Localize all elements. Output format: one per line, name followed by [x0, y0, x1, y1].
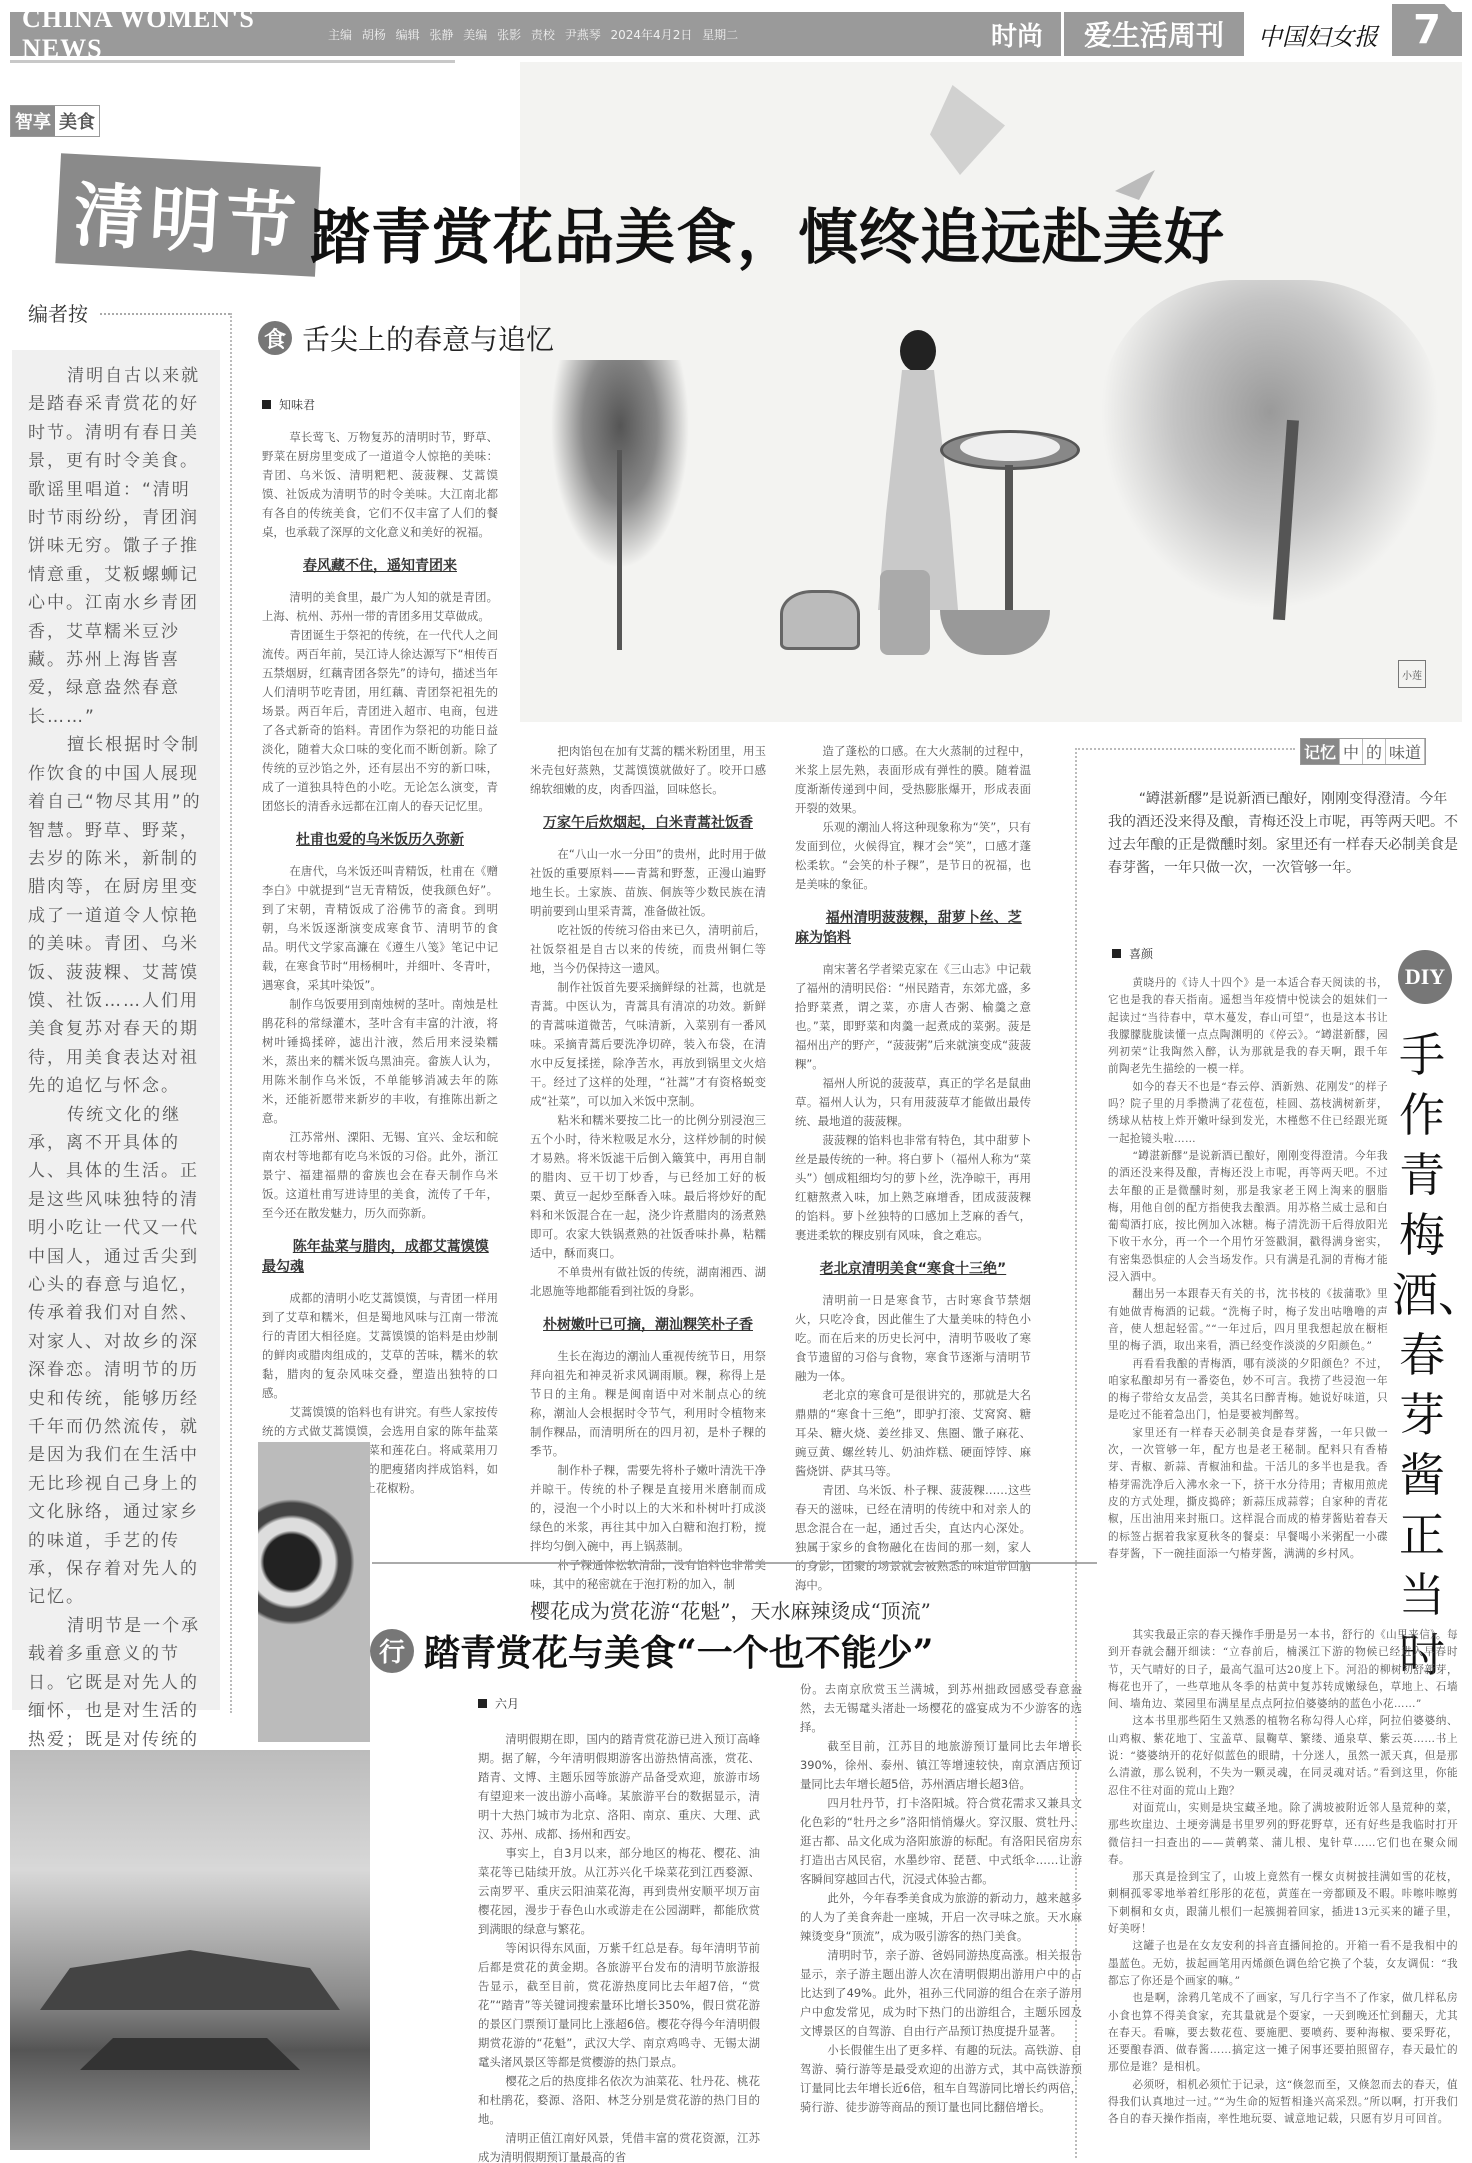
article-paragraph: 清明的美食里，最广为人知的就是青团。上海、杭州、苏州一带的青团多用艾草做成。 [262, 588, 498, 626]
article-paragraph: 草长莺飞、万物复苏的清明时节，野草、野菜在厨房里变成了一道道令人惊艳的美味：青团… [262, 428, 498, 542]
article-paragraph: 如今的春天不也是“春云停、酒新熟、花刚发”的样子吗？院子里的月季攒满了花苞苞，桂… [1108, 1079, 1388, 1148]
weekly-name: 爱生活周刊 [1061, 12, 1244, 56]
article-paragraph: 粘米和糯米要按二比一的比例分别浸泡三五个小时，待米粒吸足水分，这样炒制的时候才易… [530, 1111, 766, 1263]
article-paragraph: 这本书里那些陌生又熟悉的植物名称勾得人心痒，阿拉伯婆婆纳、山鸡椒、紫花地丁、宝盖… [1108, 1713, 1458, 1799]
willow-tree-illustration [1100, 280, 1440, 610]
dotted-divider-vertical [1075, 748, 1077, 2158]
pull-quote: “罇湛新醪”是说新酒已酿好，刚刚变得澄清。今年我的酒还没来得及酿，青梅还没上市呢… [1108, 788, 1458, 880]
article-paragraph: 小长假催生出了更多样、有趣的玩法。高铁游、自驾游、骑行游等是最受欢迎的出游方式，… [800, 2041, 1082, 2117]
article-paragraph: 不单贵州有做社饭的传统，湖南湘西、湖北恩施等地都能看到社饭的身影。 [530, 1263, 766, 1301]
article-paragraph: 黄晓丹的《诗人十四个》是一本适合春天阅读的书，它也是我的春天指南。遥想当年疫情中… [1108, 975, 1388, 1079]
section-name: 时尚 [973, 16, 1061, 53]
article-paragraph: 老北京的寒食可是很讲究的，那就是大名鼎鼎的“寒食十三绝”，即驴打滚、艾窝窝、糖耳… [795, 1386, 1031, 1481]
tag-part: 中 [1340, 739, 1363, 764]
editor-note-box: 清明自古以来就是踏春采青赏花的好时节。清明有春日美景，更有时令美食。歌谣里唱道：… [12, 350, 220, 1710]
article-paragraph: 福州人所说的菠菠草，真正的学名是鼠曲草。福州人认为，只有用菠菠草才能做出最传统、… [795, 1074, 1031, 1131]
article-paragraph: 必须呀，相机必须忙于记录，这“倏忽而至，又倏忽而去的春天，值得我们认真地过一过。… [1108, 2077, 1458, 2129]
article-paragraph: 制作乌饭要用到南烛树的茎叶。南烛是杜鹃花科的常绿灌木，茎叶含有丰富的汁液，将树叶… [262, 995, 498, 1128]
subheading: 万家午后炊烟起，白米青蒿社饭香 [530, 813, 766, 833]
basket-illustration [780, 590, 860, 650]
article-paragraph: 南宋著名学者梁克家在《三山志》中记载了福州的清明民俗：“州民踏青，东郊尤盛，多拾… [795, 960, 1031, 1074]
article-paragraph: 这罐子也是在女友安利的抖音直播间抢的。开箱一看不是我相中的墨蓝色。无妨，拔起画笔… [1108, 1938, 1458, 1990]
dotted-divider [100, 313, 230, 315]
food-column-2: 把肉馅包在加有艾蒿的糯米粉团里，用玉米壳包好蒸熟，艾蒿馍馍就做好了。咬开口感绵软… [530, 742, 766, 1594]
section-tag-part2: 美食 [55, 106, 99, 136]
subheading: 杜甫也爱的乌米饭历久弥新 [262, 830, 498, 850]
article-paragraph: 其实我最正宗的春天操作手册是另一本书，舒行的《山里来信》。每到开春就会翻开细读：… [1108, 1627, 1458, 1713]
article-paragraph: 在唐代，乌米饭还叫青精饭，杜甫在《赠李白》中就提到“岂无青精饭，使我颜色好”。到… [262, 862, 498, 995]
dotted-divider-vertical [230, 313, 232, 1713]
article-paragraph: 等闲识得东风面，万紫千红总是春。每年清明节前后都是赏花的黄金期。各旅游平台发布的… [478, 1939, 760, 2072]
article-paragraph: 青团诞生于祭祀的传统，在一代代人之间流传。两百年前，吴江诗人徐达源写下“相传百五… [262, 626, 498, 816]
subheading: 老北京清明美食“寒食十三绝” [795, 1259, 1031, 1279]
food-icon: 食 [258, 321, 292, 355]
article-paragraph: 清明假期在即，国内的踏青赏花游已进入预订高峰期。据了解，今年清明假期游客出游热情… [478, 1730, 760, 1844]
memory-section-tag: 记忆 中 的 味道 [1300, 738, 1426, 765]
food-column-1: 草长莺飞、万物复苏的清明时节，野草、野菜在厨房里变成了一道道令人惊艳的美味：青团… [262, 428, 498, 1498]
article-paragraph: 乐观的潮汕人将这种现象称为“笑”，只有发面到位，火候得宜，粿才会“笑”，口感才蓬… [795, 818, 1031, 894]
editor-note-paragraph: 清明自古以来就是踏春采青赏花的好时节。清明有春日美景，更有时令美食。歌谣里唱道：… [28, 362, 202, 731]
artist-seal: 小莲 [1398, 660, 1426, 688]
dotted-divider [1075, 748, 1295, 750]
subheading: 朴树嫩叶已可摘，潮汕粿笑朴子香 [530, 1315, 766, 1335]
article-paragraph: 在“八山一水一分田”的贵州，此时用于做社饭的重要原料——青蒿和野葱，正漫山遍野地… [530, 845, 766, 921]
food-section-header: 食 舌尖上的春意与追忆 [258, 318, 554, 358]
article-paragraph: 把肉馅包在加有艾蒿的糯米粉团里，用玉米壳包好蒸熟，艾蒿馍馍就做好了。咬开口感绵软… [530, 742, 766, 799]
wine-jar-illustration [880, 570, 930, 655]
article-paragraph: 清明正值江南好风景，凭借丰富的赏花资源，江苏成为清明假期预订量最高的省 [478, 2129, 760, 2163]
article-paragraph: 清明时节，亲子游、爸妈同游热度高涨。相关报告显示，亲子游主题出游人次在清明假期出… [800, 1946, 1082, 2041]
article-paragraph: 造了蓬松的口感。在大火蒸制的过程中，米浆上层先熟，表面形成有弹性的膜。随着温度渐… [795, 742, 1031, 818]
main-headline: 踏青赏花品美食，慎终追远赴美好 [310, 190, 1225, 276]
byline: 知味君 [262, 396, 315, 413]
article-paragraph: 事实上，自3月以来，部分地区的梅花、樱花、油菜花等已陆续开放。从江苏兴化千垛菜花… [478, 1844, 760, 1939]
travel-column-2: 份。去南京欣赏玉兰满城，到苏州拙政园感受春意盎然，去无锡鼋头渚赴一场樱花的盛宴成… [800, 1680, 1082, 2117]
tag-part: 记忆 [1301, 739, 1340, 764]
pull-quote-text: “罇湛新醪”是说新酒已酿好，刚刚变得澄清。今年我的酒还没来得及酿，青梅还没上市呢… [1108, 788, 1458, 880]
subheading: 福州清明菠菠粿，甜萝卜丝、芝麻为馅料 [795, 908, 1031, 948]
paper-logo: 中国妇女报 [1244, 12, 1392, 56]
article-paragraph: 此外，今年春季美食成为旅游的新动力，越来越多的人为了美食奔赴一座城，开启一次寻味… [800, 1889, 1082, 1946]
tag-part: 味道 [1386, 739, 1425, 764]
byline: 喜颜 [1112, 945, 1153, 962]
plate-of-qingtuan-illustration [960, 433, 1060, 461]
article-paragraph: 江苏常州、溧阳、无锡、宜兴、金坛和皖南农村等地都有吃乌米饭的习俗。此外，浙江景宁… [262, 1128, 498, 1223]
food-section-title: 舌尖上的春意与追忆 [302, 318, 554, 358]
masthead: CHINA WOMEN'S NEWS 主编 胡杨 编辑 张静 美编 张影 责校 … [10, 12, 1462, 56]
plant-stem-illustration [617, 450, 622, 650]
article-paragraph: 份。去南京欣赏玉兰满城，到苏州拙政园感受春意盎然，去无锡鼋头渚赴一场樱花的盛宴成… [800, 1680, 1082, 1737]
travel-section-header: 行 踏青赏花与美食“一个也不能少” [370, 1625, 933, 1676]
editor-note-paragraph: 传统文化的继承，离不开具体的人、具体的生活。正是这些风味独特的清明小吃让一代又一… [28, 1101, 202, 1612]
article-paragraph: 也是啊，涂鸦几笔成不了画家，写几行字当不了作家，做几样私房小食也算不得美食家，充… [1108, 1990, 1458, 2076]
table-leg-illustration [1005, 465, 1013, 615]
memory-column: 黄晓丹的《诗人十四个》是一本适合春天阅读的书，它也是我的春天指南。遥想当年疫情中… [1108, 975, 1388, 1563]
byline: 六月 [478, 1695, 519, 1712]
article-paragraph: 青团、乌米饭、朴子粿、菠菠粿……这些春天的滋味，已经在清明的传统中和对亲人的思念… [795, 1481, 1031, 1595]
travel-icon: 行 [370, 1629, 414, 1673]
cherry-blossom-pagoda-photo [10, 1750, 370, 2150]
article-paragraph: 对面荒山，实则是块宝藏圣地。除了满坡被附近邻人垦荒种的菜，那些坎崖边、土埂旁满是… [1108, 1800, 1458, 1869]
article-paragraph: 菠菠粿的馅料也非常有特色，其中甜萝卜丝是最传统的一种。将白萝卜（福州人称为“菜头… [795, 1131, 1031, 1245]
section-tag: 智享 美食 [10, 105, 100, 137]
article-paragraph: 生长在海边的潮汕人重视传统节日，用祭拜向祖先和神灵祈求风调雨顺。粿，称得上是节日… [530, 1347, 766, 1461]
article-paragraph: 制作朴子粿，需要先将朴子嫩叶清洗干净并晾干。传统的朴子粿是直接用米磨制而成的，浸… [530, 1461, 766, 1556]
article-paragraph: “罇湛新醪”是说新酒已酿好，刚刚变得澄清。今年我的酒还没来得及酿，青梅还没上市呢… [1108, 1148, 1388, 1286]
travel-section-title: 踏青赏花与美食“一个也不能少” [424, 1625, 933, 1676]
article-paragraph: 再看看我酿的青梅酒，哪有淡淡的夕阳颜色？不过，咱家私酿却另有一番姿色，妙不可言。… [1108, 1356, 1388, 1425]
article-paragraph: 翻出另一本跟春天有关的书，沈书枝的《拔蒲歌》里有她做青梅酒的记载。“洗梅子时，梅… [1108, 1286, 1388, 1355]
article-paragraph: 清明前一日是寒食节，古时寒食节禁烟火，只吃冷食，因此催生了大量美味的特色小吃。而… [795, 1291, 1031, 1386]
article-paragraph: 制作社饭首先要采摘鲜绿的社蒿，也就是青蒿。中医认为，青蒿具有清凉的功效。新鲜的青… [530, 978, 766, 1111]
vertical-title: 手作青梅酒、春芽酱正当时 [1392, 1025, 1452, 1685]
paper-english-name: CHINA WOMEN'S NEWS [10, 4, 310, 64]
section-tag-part1: 智享 [11, 106, 55, 136]
qingming-highlight: 清明节 [55, 153, 320, 276]
article-paragraph: 那天真是捡到宝了，山坡上竟然有一棵女贞树披挂满如雪的花枝，刺桐孤零零地举着红彤彤… [1108, 1869, 1458, 1938]
article-paragraph: 樱花之后的热度排名依次为油菜花、牡丹花、桃花和杜鹃花，婺源、洛阳、林芝分别是赏花… [478, 2072, 760, 2129]
article-paragraph: 截至目前，江苏目的地旅游预订量同比去年增长390%，徐州、泰州、镇江等增速较快，… [800, 1737, 1082, 1794]
diy-badge: DIY [1398, 950, 1452, 1004]
subheading: 陈年盐菜与腊肉，成都艾蒿馍馍最勾魂 [262, 1237, 498, 1277]
travel-subtitle: 樱花成为赏花游“花魁”，天水麻辣烫成“顶流” [530, 1595, 931, 1624]
food-column-3: 造了蓬松的口感。在大火蒸制的过程中，米浆上层先熟，表面形成有弹性的膜。随着温度渐… [795, 742, 1031, 1595]
staff-and-date: 主编 胡杨 编辑 张静 美编 张影 责校 尹燕琴 2024年4月2日 星期二 [310, 26, 973, 43]
masthead-rule [10, 60, 455, 63]
editor-note-paragraph: 擅长根据时令制作饮食的中国人展现着自己“物尽其用”的智慧。野草、野菜，去岁的陈米… [28, 731, 202, 1100]
article-paragraph: 吃社饭的传统习俗由来已久，清明前后，社饭祭祖是自古以来的传统，而贵州铜仁等地，当… [530, 921, 766, 978]
article-paragraph: 家里还有一样春天必制美食是春芽酱，一年只做一次，一次管够一年，配方也是老王秘制。… [1108, 1425, 1388, 1563]
subheading: 春风藏不住，遥知青团来 [262, 556, 498, 576]
qingtuan-photo [258, 1442, 370, 1742]
editor-note-label: 编者按 [28, 298, 88, 327]
tag-part: 的 [1363, 739, 1386, 764]
article-paragraph: 四月牡丹节，打卡洛阳城。符合赏花需求又兼具文化色彩的“牡丹之乡”洛阳悄悄爆火。穿… [800, 1794, 1082, 1889]
section-divider [372, 1562, 1097, 1564]
page-number: 7 [1392, 4, 1462, 56]
travel-column-1: 清明假期在即，国内的踏青赏花游已进入预订高峰期。据了解，今年清明假期游客出游热情… [478, 1730, 760, 2163]
memory-column-wide: 其实我最正宗的春天操作手册是另一本书，舒行的《山里来信》。每到开春就会翻开细读：… [1108, 1627, 1458, 2129]
article-paragraph: 成都的清明小吃艾蒿馍馍，与青团一样用到了艾草和糯米，但是蜀地风味与江南一带流行的… [262, 1289, 498, 1403]
